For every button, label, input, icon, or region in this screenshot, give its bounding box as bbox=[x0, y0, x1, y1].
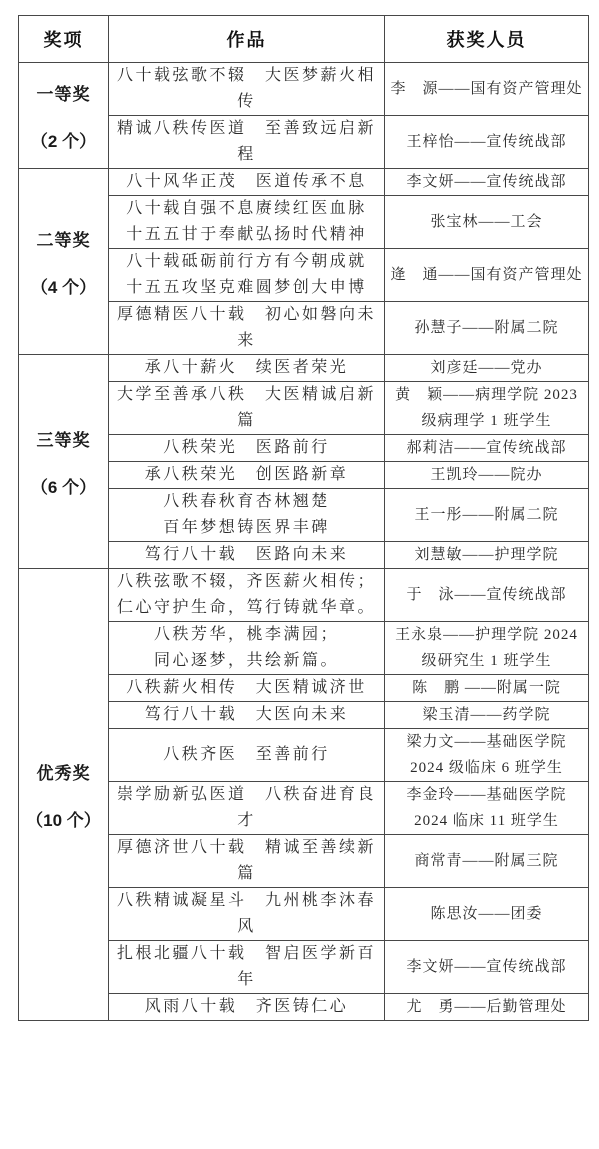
award-count: （2 个） bbox=[31, 127, 96, 152]
winner-cell: 李 源——国有资产管理处 bbox=[385, 63, 589, 116]
col-header-work: 作品 bbox=[109, 16, 385, 63]
winner-cell: 郝莉洁——宣传统战部 bbox=[385, 435, 589, 462]
winner-cell: 陈 鹏 ——附属一院 bbox=[385, 675, 589, 702]
work-cell: 承八十薪火 续医者荣光 bbox=[109, 355, 385, 382]
winner-line: 王永泉——护理学院 2024 bbox=[385, 622, 588, 648]
work-line: 八十载弦歌不辍 大医梦薪火相传 bbox=[109, 63, 384, 115]
winner-line: 王凯玲——院办 bbox=[385, 462, 588, 488]
work-cell: 八秩齐医 至善前行 bbox=[109, 729, 385, 782]
award-label: 优秀奖 bbox=[37, 759, 91, 784]
award-group-cell: 一等奖（2 个） bbox=[19, 63, 109, 169]
work-cell: 八秩春秋育杏林翘楚百年梦想铸医界丰碑 bbox=[109, 489, 385, 542]
work-line: 八秩薪火相传 大医精诚济世 bbox=[109, 675, 384, 701]
awards-table: 奖项 作品 获奖人员 一等奖（2 个）八十载弦歌不辍 大医梦薪火相传李 源——国… bbox=[18, 15, 589, 1021]
award-count: （4 个） bbox=[31, 273, 96, 298]
winner-line: 李金玲——基础医学院 bbox=[385, 782, 588, 808]
work-cell: 扎根北疆八十载 智启医学新百年 bbox=[109, 941, 385, 994]
work-line: 扎根北疆八十载 智启医学新百年 bbox=[109, 941, 384, 993]
award-count: （6 个） bbox=[31, 473, 96, 498]
work-line: 十五五甘于奉献弘扬时代精神 bbox=[109, 222, 384, 248]
table-row: 三等奖（6 个）承八十薪火 续医者荣光刘彦廷——党办 bbox=[19, 355, 589, 382]
winner-line: 2024 临床 11 班学生 bbox=[385, 808, 588, 834]
winner-line: 刘彦廷——党办 bbox=[385, 355, 588, 381]
winner-line: 逄 通——国有资产管理处 bbox=[385, 262, 588, 288]
winner-line: 2024 级临床 6 班学生 bbox=[385, 755, 588, 781]
winner-cell: 陈思汝——团委 bbox=[385, 888, 589, 941]
winner-line: 商常青——附属三院 bbox=[385, 848, 588, 874]
winner-line: 梁力文——基础医学院 bbox=[385, 729, 588, 755]
award-group-cell: 三等奖（6 个） bbox=[19, 355, 109, 569]
winner-cell: 逄 通——国有资产管理处 bbox=[385, 249, 589, 302]
work-cell: 笃行八十载 大医向未来 bbox=[109, 702, 385, 729]
work-cell: 厚德精医八十载 初心如磐向未来 bbox=[109, 302, 385, 355]
award-label: 三等奖 bbox=[37, 426, 91, 451]
work-cell: 笃行八十载 医路向未来 bbox=[109, 542, 385, 569]
work-line: 八秩精诚凝星斗 九州桃李沐春风 bbox=[109, 888, 384, 940]
work-cell: 八秩薪火相传 大医精诚济世 bbox=[109, 675, 385, 702]
award-label: 一等奖 bbox=[37, 80, 91, 105]
work-cell: 八十载砥砺前行方有今朝成就十五五攻坚克难圆梦创大申博 bbox=[109, 249, 385, 302]
winner-line: 尤 勇——后勤管理处 bbox=[385, 994, 588, 1020]
work-line: 八十风华正茂 医道传承不息 bbox=[109, 169, 384, 195]
work-line: 笃行八十载 大医向未来 bbox=[109, 702, 384, 728]
work-line: 承八十薪火 续医者荣光 bbox=[109, 355, 384, 381]
winner-line: 王一彤——附属二院 bbox=[385, 502, 588, 528]
winner-line: 郝莉洁——宣传统战部 bbox=[385, 435, 588, 461]
work-cell: 大学至善承八秩 大医精诚启新篇 bbox=[109, 382, 385, 435]
winner-line: 张宝林——工会 bbox=[385, 209, 588, 235]
award-group-cell: 二等奖（4 个） bbox=[19, 169, 109, 355]
winner-cell: 张宝林——工会 bbox=[385, 196, 589, 249]
col-header-winner: 获奖人员 bbox=[385, 16, 589, 63]
award-label: 二等奖 bbox=[37, 226, 91, 251]
work-cell: 八十载自强不息赓续红医血脉十五五甘于奉献弘扬时代精神 bbox=[109, 196, 385, 249]
winner-cell: 梁力文——基础医学院2024 级临床 6 班学生 bbox=[385, 729, 589, 782]
winner-cell: 李文妍——宣传统战部 bbox=[385, 169, 589, 196]
work-cell: 八秩芳华，桃李满园；同心逐梦，共绘新篇。 bbox=[109, 622, 385, 675]
winner-line: 于 泳——宣传统战部 bbox=[385, 582, 588, 608]
winner-cell: 商常青——附属三院 bbox=[385, 835, 589, 888]
table-row: 一等奖（2 个）八十载弦歌不辍 大医梦薪火相传李 源——国有资产管理处 bbox=[19, 63, 589, 116]
work-line: 十五五攻坚克难圆梦创大申博 bbox=[109, 275, 384, 301]
work-line: 八十载砥砺前行方有今朝成就 bbox=[109, 249, 384, 275]
header-row: 奖项 作品 获奖人员 bbox=[19, 16, 589, 63]
work-line: 八秩春秋育杏林翘楚 bbox=[109, 489, 384, 515]
winner-cell: 李文妍——宣传统战部 bbox=[385, 941, 589, 994]
work-cell: 八十风华正茂 医道传承不息 bbox=[109, 169, 385, 196]
winner-line: 孙慧子——附属二院 bbox=[385, 315, 588, 341]
work-cell: 八秩弦歌不辍，齐医薪火相传；仁心守护生命，笃行铸就华章。 bbox=[109, 569, 385, 622]
work-line: 大学至善承八秩 大医精诚启新篇 bbox=[109, 382, 384, 434]
work-line: 崇学励新弘医道 八秩奋进育良才 bbox=[109, 782, 384, 834]
winner-cell: 王梓怡——宣传统战部 bbox=[385, 116, 589, 169]
award-group-cell: 优秀奖（10 个） bbox=[19, 569, 109, 1021]
winner-cell: 于 泳——宣传统战部 bbox=[385, 569, 589, 622]
col-header-award: 奖项 bbox=[19, 16, 109, 63]
award-count: （10 个） bbox=[26, 806, 101, 831]
work-line: 八秩芳华，桃李满园； bbox=[109, 622, 384, 648]
work-line: 精诚八秩传医道 至善致远启新程 bbox=[109, 116, 384, 168]
work-line: 八秩荣光 医路前行 bbox=[109, 435, 384, 461]
winner-line: 李文妍——宣传统战部 bbox=[385, 169, 588, 195]
winner-cell: 李金玲——基础医学院2024 临床 11 班学生 bbox=[385, 782, 589, 835]
work-cell: 厚德济世八十载 精诚至善续新篇 bbox=[109, 835, 385, 888]
table-row: 优秀奖（10 个）八秩弦歌不辍，齐医薪火相传；仁心守护生命，笃行铸就华章。于 泳… bbox=[19, 569, 589, 622]
work-cell: 精诚八秩传医道 至善致远启新程 bbox=[109, 116, 385, 169]
work-line: 八秩齐医 至善前行 bbox=[109, 742, 384, 768]
table-row: 二等奖（4 个）八十风华正茂 医道传承不息李文妍——宣传统战部 bbox=[19, 169, 589, 196]
work-line: 承八秩荣光 创医路新章 bbox=[109, 462, 384, 488]
table-header: 奖项 作品 获奖人员 bbox=[19, 16, 589, 63]
award-group-inner: 三等奖（6 个） bbox=[19, 426, 108, 498]
work-cell: 风雨八十载 齐医铸仁心 bbox=[109, 994, 385, 1021]
winner-line: 王梓怡——宣传统战部 bbox=[385, 129, 588, 155]
winner-line: 黄 颖——病理学院 2023 bbox=[385, 382, 588, 408]
winner-line: 李文妍——宣传统战部 bbox=[385, 954, 588, 980]
winner-cell: 黄 颖——病理学院 2023级病理学 1 班学生 bbox=[385, 382, 589, 435]
work-line: 八秩弦歌不辍，齐医薪火相传； bbox=[109, 569, 384, 595]
award-group-inner: 一等奖（2 个） bbox=[19, 80, 108, 152]
winner-cell: 刘彦廷——党办 bbox=[385, 355, 589, 382]
winner-line: 陈 鹏 ——附属一院 bbox=[385, 675, 588, 701]
work-line: 百年梦想铸医界丰碑 bbox=[109, 515, 384, 541]
work-cell: 八秩精诚凝星斗 九州桃李沐春风 bbox=[109, 888, 385, 941]
work-cell: 承八秩荣光 创医路新章 bbox=[109, 462, 385, 489]
winner-cell: 王永泉——护理学院 2024级研究生 1 班学生 bbox=[385, 622, 589, 675]
work-line: 风雨八十载 齐医铸仁心 bbox=[109, 994, 384, 1020]
award-group-inner: 二等奖（4 个） bbox=[19, 226, 108, 298]
winner-cell: 尤 勇——后勤管理处 bbox=[385, 994, 589, 1021]
table-body: 一等奖（2 个）八十载弦歌不辍 大医梦薪火相传李 源——国有资产管理处精诚八秩传… bbox=[19, 63, 589, 1021]
work-cell: 八秩荣光 医路前行 bbox=[109, 435, 385, 462]
winner-line: 梁玉清——药学院 bbox=[385, 702, 588, 728]
winner-line: 级病理学 1 班学生 bbox=[385, 408, 588, 434]
work-line: 仁心守护生命，笃行铸就华章。 bbox=[109, 595, 384, 621]
work-line: 厚德济世八十载 精诚至善续新篇 bbox=[109, 835, 384, 887]
award-announcement-page: 奖项 作品 获奖人员 一等奖（2 个）八十载弦歌不辍 大医梦薪火相传李 源——国… bbox=[0, 0, 599, 1021]
award-group-inner: 优秀奖（10 个） bbox=[19, 759, 108, 831]
winner-line: 级研究生 1 班学生 bbox=[385, 648, 588, 674]
winner-cell: 刘慧敏——护理学院 bbox=[385, 542, 589, 569]
winner-cell: 王一彤——附属二院 bbox=[385, 489, 589, 542]
work-line: 厚德精医八十载 初心如磐向未来 bbox=[109, 302, 384, 354]
work-cell: 崇学励新弘医道 八秩奋进育良才 bbox=[109, 782, 385, 835]
winner-cell: 王凯玲——院办 bbox=[385, 462, 589, 489]
winner-line: 李 源——国有资产管理处 bbox=[385, 76, 588, 102]
work-line: 同心逐梦，共绘新篇。 bbox=[109, 648, 384, 674]
winner-line: 刘慧敏——护理学院 bbox=[385, 542, 588, 568]
winner-cell: 孙慧子——附属二院 bbox=[385, 302, 589, 355]
work-cell: 八十载弦歌不辍 大医梦薪火相传 bbox=[109, 63, 385, 116]
work-line: 笃行八十载 医路向未来 bbox=[109, 542, 384, 568]
winner-line: 陈思汝——团委 bbox=[385, 901, 588, 927]
work-line: 八十载自强不息赓续红医血脉 bbox=[109, 196, 384, 222]
winner-cell: 梁玉清——药学院 bbox=[385, 702, 589, 729]
